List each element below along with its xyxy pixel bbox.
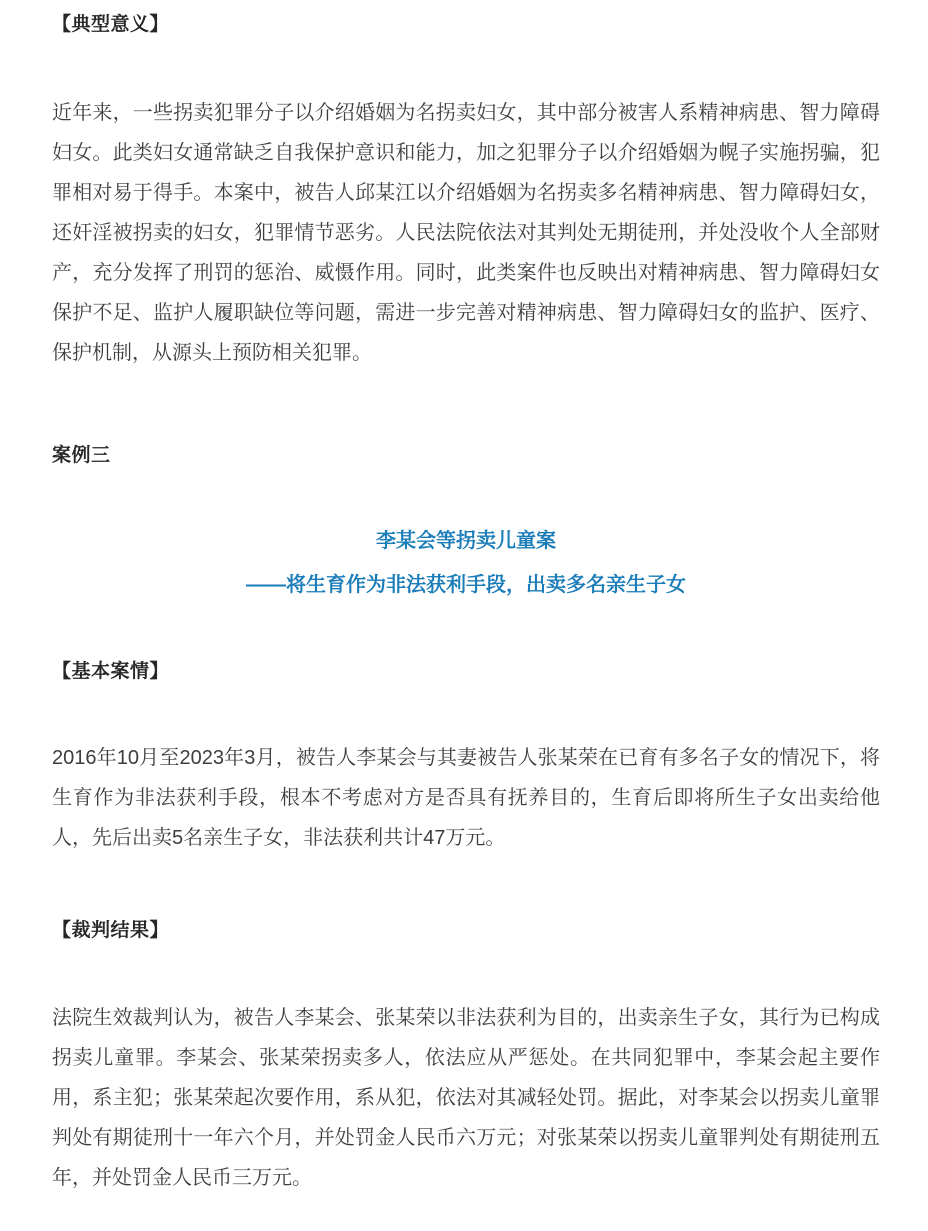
- document-page: 【典型意义】 近年来，一些拐卖犯罪分子以介绍婚姻为名拐卖妇女，其中部分被害人系精…: [0, 0, 928, 1231]
- case-title-block: 李某会等拐卖儿童案 ——将生育作为非法获利手段，出卖多名亲生子女: [52, 519, 880, 607]
- paragraph-basic-facts: 2016年10月至2023年3月，被告人李某会与其妻被告人张某荣在已育有多名子女…: [52, 738, 880, 858]
- paragraph-typical-significance: 近年来，一些拐卖犯罪分子以介绍婚姻为名拐卖妇女，其中部分被害人系精神病患、智力障…: [52, 93, 880, 373]
- case-three-label: 案例三: [52, 443, 880, 469]
- section-heading-judgment-result: 【裁判结果】: [52, 918, 880, 944]
- section-heading-basic-facts: 【基本案情】: [52, 659, 880, 685]
- case-subtitle: ——将生育作为非法获利手段，出卖多名亲生子女: [52, 563, 880, 607]
- section-heading-typical-significance: 【典型意义】: [52, 12, 880, 38]
- paragraph-judgment-result: 法院生效裁判认为，被告人李某会、张某荣以非法获利为目的，出卖亲生子女，其行为已构…: [52, 998, 880, 1198]
- case-title: 李某会等拐卖儿童案: [52, 519, 880, 563]
